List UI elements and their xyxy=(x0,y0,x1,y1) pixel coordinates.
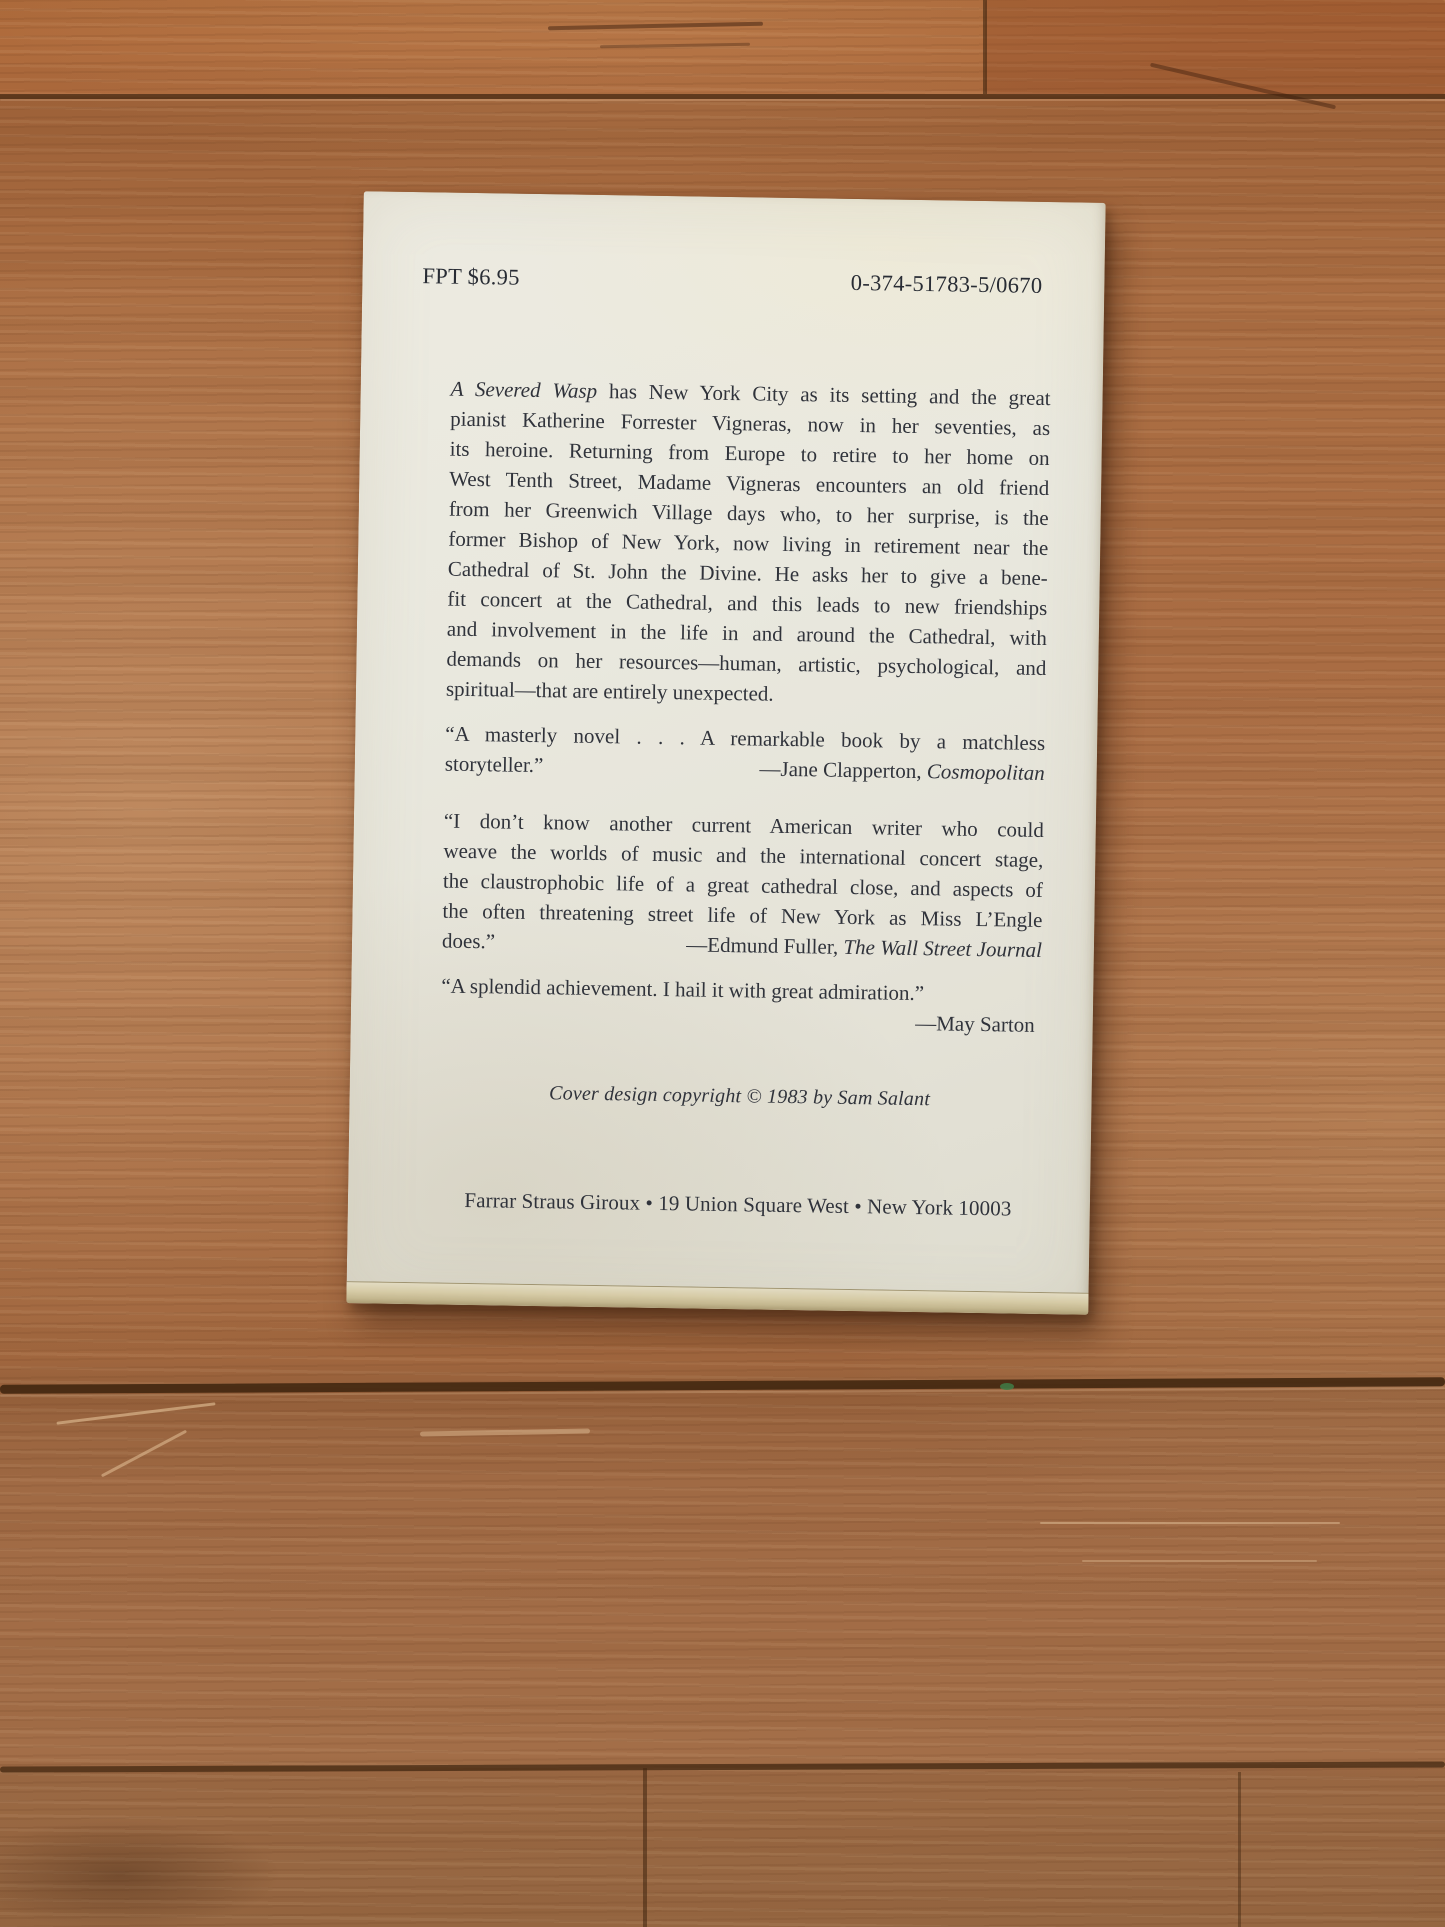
synopsis-paragraph: A Severed Wasp has New York City as its … xyxy=(446,374,1051,713)
scratch-top-right xyxy=(1150,63,1336,110)
scratch-top-center-2 xyxy=(600,43,750,49)
plank-joint-bottom-left xyxy=(643,1768,647,1927)
book-back-cover: FPT $6.95 0-374-51783-5/0670 A Severed W… xyxy=(346,191,1105,1315)
attribution: —Jane Clapperton, Cosmopolitan xyxy=(759,754,1045,788)
publisher-line: Farrar Straus Giroux • 19 Union Square W… xyxy=(438,1185,1038,1224)
source-italic: The Wall Street Journal xyxy=(843,935,1042,962)
scratch-left-light-2 xyxy=(101,1430,187,1478)
plank-seam-bottom xyxy=(0,1761,1445,1772)
cover-design-credit: Cover design copyright © 1983 by Sam Sal… xyxy=(439,1077,1039,1116)
book-title-italic: A Severed Wasp xyxy=(451,377,598,403)
smudge-bottom-left xyxy=(0,1820,280,1927)
scratch-top-center xyxy=(548,22,763,31)
plank-seam-top xyxy=(0,94,1445,99)
scratch-right-light xyxy=(1040,1522,1340,1524)
source-italic: Cosmopolitan xyxy=(927,759,1045,785)
attribution: —Edmund Fuller, The Wall Street Journal xyxy=(686,929,1042,965)
plank-seam-highlight xyxy=(0,99,1445,101)
scratch-mid-light xyxy=(420,1429,590,1437)
paint-speck-green xyxy=(1000,1383,1014,1390)
plank-seam-lower-highlight xyxy=(0,1387,1445,1397)
isbn-number: 0-374-51783-5/0670 xyxy=(851,269,1043,300)
quote-may-sarton: “A splendid achievement. I hail it with … xyxy=(441,971,1042,1040)
quote-cosmopolitan: “A masterly novel . . . A remarkable boo… xyxy=(445,719,1046,788)
scratch-right-light-2 xyxy=(1082,1560,1317,1562)
plank-joint-bottom-right xyxy=(1238,1772,1241,1927)
wood-dark-patch xyxy=(985,0,1445,94)
plank-seam-lower xyxy=(0,1377,1445,1394)
scratch-left-light xyxy=(56,1402,215,1424)
price-isbn-row: FPT $6.95 0-374-51783-5/0670 xyxy=(422,262,1042,300)
photo-scene: { "book": { "price": "FPT $6.95", "isbn"… xyxy=(0,0,1445,1927)
plank-joint-top xyxy=(983,0,987,94)
price-label: FPT $6.95 xyxy=(422,262,520,292)
quote-wall-street-journal: “I don’t know another current American w… xyxy=(442,806,1044,965)
page-edges xyxy=(346,1281,1088,1315)
